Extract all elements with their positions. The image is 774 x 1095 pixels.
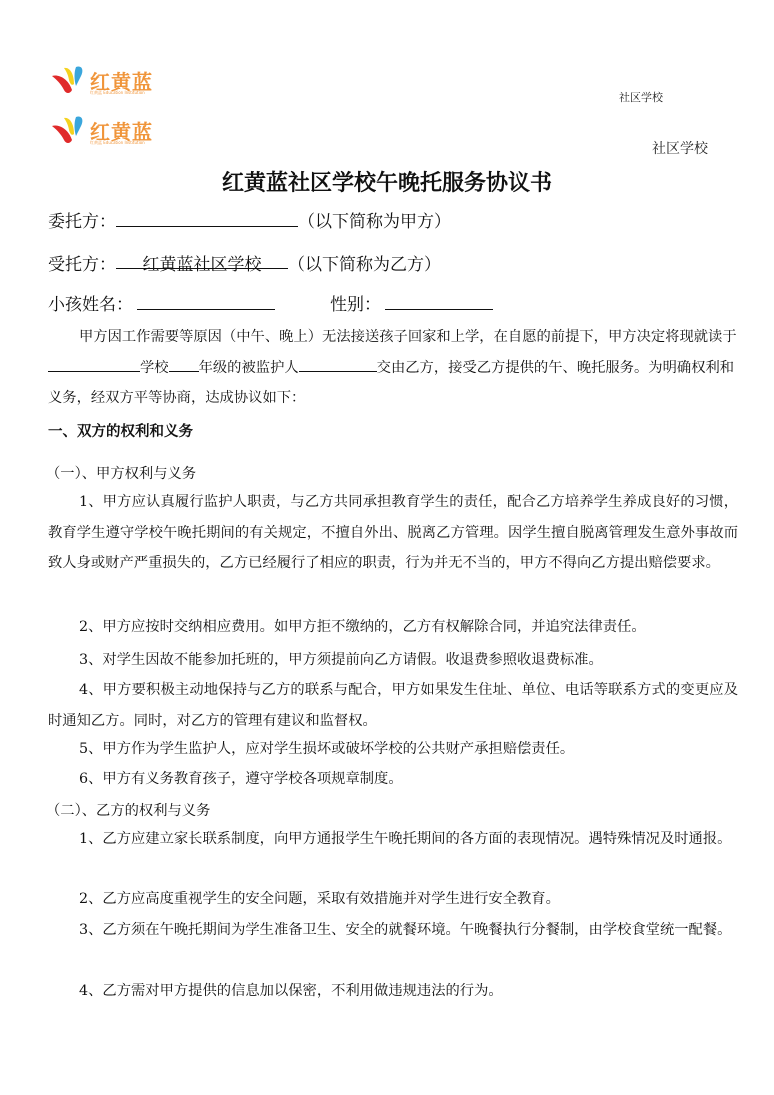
provider-suffix: （以下简称为乙方） bbox=[288, 255, 441, 275]
clause: 4、乙方需对甲方提供的信息加以保密，不利用做违规违法的行为。 bbox=[48, 976, 738, 1007]
client-field[interactable] bbox=[116, 208, 298, 227]
header-school-small: 社区学校 bbox=[619, 89, 663, 105]
child-name-field[interactable] bbox=[137, 291, 275, 310]
logo-mark-icon bbox=[50, 64, 90, 98]
header-school-large: 社区学校 bbox=[652, 138, 708, 158]
clause: 3、对学生因故不能参加托班的，甲方须提前向乙方请假。收退费参照收退费标准。 bbox=[48, 645, 738, 676]
provider-label: 受托方： bbox=[48, 255, 116, 275]
school-blank[interactable] bbox=[48, 355, 140, 372]
ward-blank[interactable] bbox=[299, 355, 377, 372]
intro-text-3: 年级的被监护人 bbox=[199, 360, 299, 376]
subsection-heading: （一）、甲方权利与义务 bbox=[46, 463, 196, 483]
intro-paragraph: 甲方因工作需要等原因（中午、晚上）无法接送孩子回家和上学，在自愿的前提下，甲方决… bbox=[48, 322, 738, 414]
clause: 2、乙方应高度重视学生的安全问题，采取有效措施并对学生进行安全教育。 bbox=[48, 884, 738, 915]
gender-field[interactable] bbox=[385, 291, 493, 310]
clause: 6、甲方有义务教育孩子，遵守学校各项规章制度。 bbox=[48, 764, 738, 795]
clause: 1、甲方应认真履行监护人职责，与乙方共同承担教育学生的责任，配合乙方培养学生养成… bbox=[48, 487, 738, 579]
clause: 4、甲方要积极主动地保持与乙方的联系与配合，甲方如果发生住址、单位、电话等联系方… bbox=[48, 675, 738, 736]
subsection-heading: （二）、乙方的权利与义务 bbox=[46, 800, 210, 820]
section-heading: 一、双方的权利和义务 bbox=[48, 420, 193, 441]
client-label: 委托方： bbox=[48, 212, 116, 232]
clause: 5、甲方作为学生监护人，应对学生损坏或破坏学校的公共财产承担赔偿责任。 bbox=[48, 734, 738, 765]
brand-logo: 红黄蓝 红黄蓝 Education Institution bbox=[50, 64, 165, 100]
client-row: 委托方：（以下简称为甲方） bbox=[48, 207, 451, 232]
clause: 3、乙方须在午晚托期间为学生准备卫生、安全的就餐环境。午晚餐执行分餐制，由学校食… bbox=[48, 915, 738, 946]
document-title: 红黄蓝社区学校午晚托服务协议书 bbox=[0, 166, 774, 197]
intro-text-1: 甲方因工作需要等原因（中午、晚上）无法接送孩子回家和上学，在自愿的前提下，甲方决… bbox=[79, 329, 737, 345]
logo-subtitle: 红黄蓝 Education Institution bbox=[90, 140, 145, 146]
logo-subtitle: 红黄蓝 Education Institution bbox=[90, 90, 145, 96]
provider-row: 受托方：红黄蓝社区学校（以下简称为乙方） bbox=[48, 250, 441, 275]
clause: 1、乙方应建立家长联系制度，向甲方通报学生午晚托期间的各方面的表现情况。遇特殊情… bbox=[48, 824, 738, 855]
logo-mark-icon bbox=[50, 114, 90, 148]
clause: 2、甲方应按时交纳相应费用。如甲方拒不缴纳的，乙方有权解除合同，并追究法律责任。 bbox=[48, 612, 738, 643]
gender-label: 性别： bbox=[330, 295, 381, 315]
child-row: 小孩姓名：性别： bbox=[48, 290, 493, 315]
intro-text-2: 学校 bbox=[140, 360, 169, 376]
provider-field[interactable]: 红黄蓝社区学校 bbox=[116, 250, 288, 269]
brand-logo: 红黄蓝 红黄蓝 Education Institution bbox=[50, 114, 165, 150]
child-name-label: 小孩姓名： bbox=[48, 295, 133, 315]
client-suffix: （以下简称为甲方） bbox=[298, 212, 451, 232]
grade-blank[interactable] bbox=[169, 355, 199, 372]
